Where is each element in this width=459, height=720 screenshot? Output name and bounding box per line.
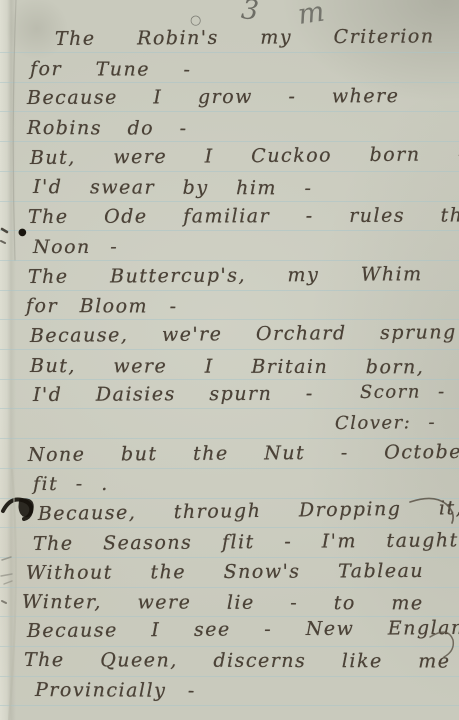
check-mark-blob <box>19 499 33 517</box>
ruled-line <box>0 82 459 83</box>
ruled-line <box>0 438 459 439</box>
manuscript-line: None but the Nut - October <box>28 443 459 465</box>
manuscript-line: I'd swear by him - <box>33 178 312 198</box>
ink-dot: ● <box>18 228 27 238</box>
manuscript-line: But, were I Britain born, <box>30 357 424 377</box>
manuscript-line: Winter, were lie - to me - <box>22 593 459 614</box>
ruled-line <box>0 171 459 172</box>
manuscript-line: fit - . <box>33 475 109 494</box>
manuscript-line: Robins do - <box>27 119 188 139</box>
manuscript-line: But, were I Cuckoo born - <box>30 145 459 168</box>
manuscript-line: Without the Snow's Tableau <box>26 562 424 583</box>
manuscript-line: Because I see - New Englandly <box>27 619 459 641</box>
left-edge-speck-3 <box>2 601 6 603</box>
ruled-line <box>0 587 459 588</box>
ruled-line <box>0 646 459 647</box>
left-edge-speck-2 <box>1 241 5 243</box>
ruled-line <box>0 260 459 261</box>
crease-left-upper <box>13 0 16 260</box>
manuscript-line: Because, we're Orchard sprung - <box>30 323 459 346</box>
ruled-line <box>0 557 459 558</box>
ruled-line <box>0 379 459 380</box>
ruled-line <box>0 201 459 202</box>
ruled-line <box>0 141 459 142</box>
ruled-line <box>0 705 459 706</box>
ruled-line <box>0 676 459 677</box>
manuscript-line: The Ode familiar - rules the <box>28 206 459 227</box>
ruled-line <box>0 52 459 53</box>
pencil-scratch-3 <box>4 581 12 584</box>
check-mark-stroke <box>3 499 31 519</box>
manuscript-line: for Bloom - <box>26 297 178 317</box>
manuscript-line: The Robin's my Criterion <box>55 27 435 49</box>
ruled-line <box>0 349 459 350</box>
manuscript-line: Scorn - <box>360 383 446 402</box>
manuscript-line: The Queen, discerns like me - <box>24 651 459 672</box>
ruled-line <box>0 468 459 469</box>
ruled-line <box>0 230 459 231</box>
manuscript-line: The Seasons flit - I'm taught - <box>33 531 459 554</box>
pencil-scratch-1 <box>2 557 11 560</box>
ruled-line <box>0 319 459 320</box>
manuscript-line: Noon - <box>33 238 118 257</box>
scribble-mark: m <box>296 0 326 29</box>
manuscript-line: Because, through Dropping it, <box>38 499 459 524</box>
ruled-line <box>0 111 459 112</box>
ruled-line <box>0 408 459 409</box>
pencil-scratch-2 <box>1 574 12 576</box>
manuscript-line: Clover: - <box>335 414 436 433</box>
circle-mark: ○ <box>190 14 201 27</box>
manuscript-page: The Robin's my Criterionfor Tune -Becaus… <box>0 0 459 720</box>
manuscript-line: for Tune - <box>30 60 192 80</box>
manuscript-line: Provincially - <box>35 681 196 701</box>
ruled-line <box>0 527 459 528</box>
crease-left-lower <box>9 470 16 720</box>
ruled-line <box>0 290 459 291</box>
manuscript-line: Because I grow - where <box>27 87 400 108</box>
manuscript-line: I'd Daisies spurn - <box>33 385 314 405</box>
page-number: 3 <box>240 0 260 25</box>
manuscript-line: The Buttercup's, my Whim <box>28 265 423 287</box>
left-edge-speck-1 <box>2 229 7 232</box>
